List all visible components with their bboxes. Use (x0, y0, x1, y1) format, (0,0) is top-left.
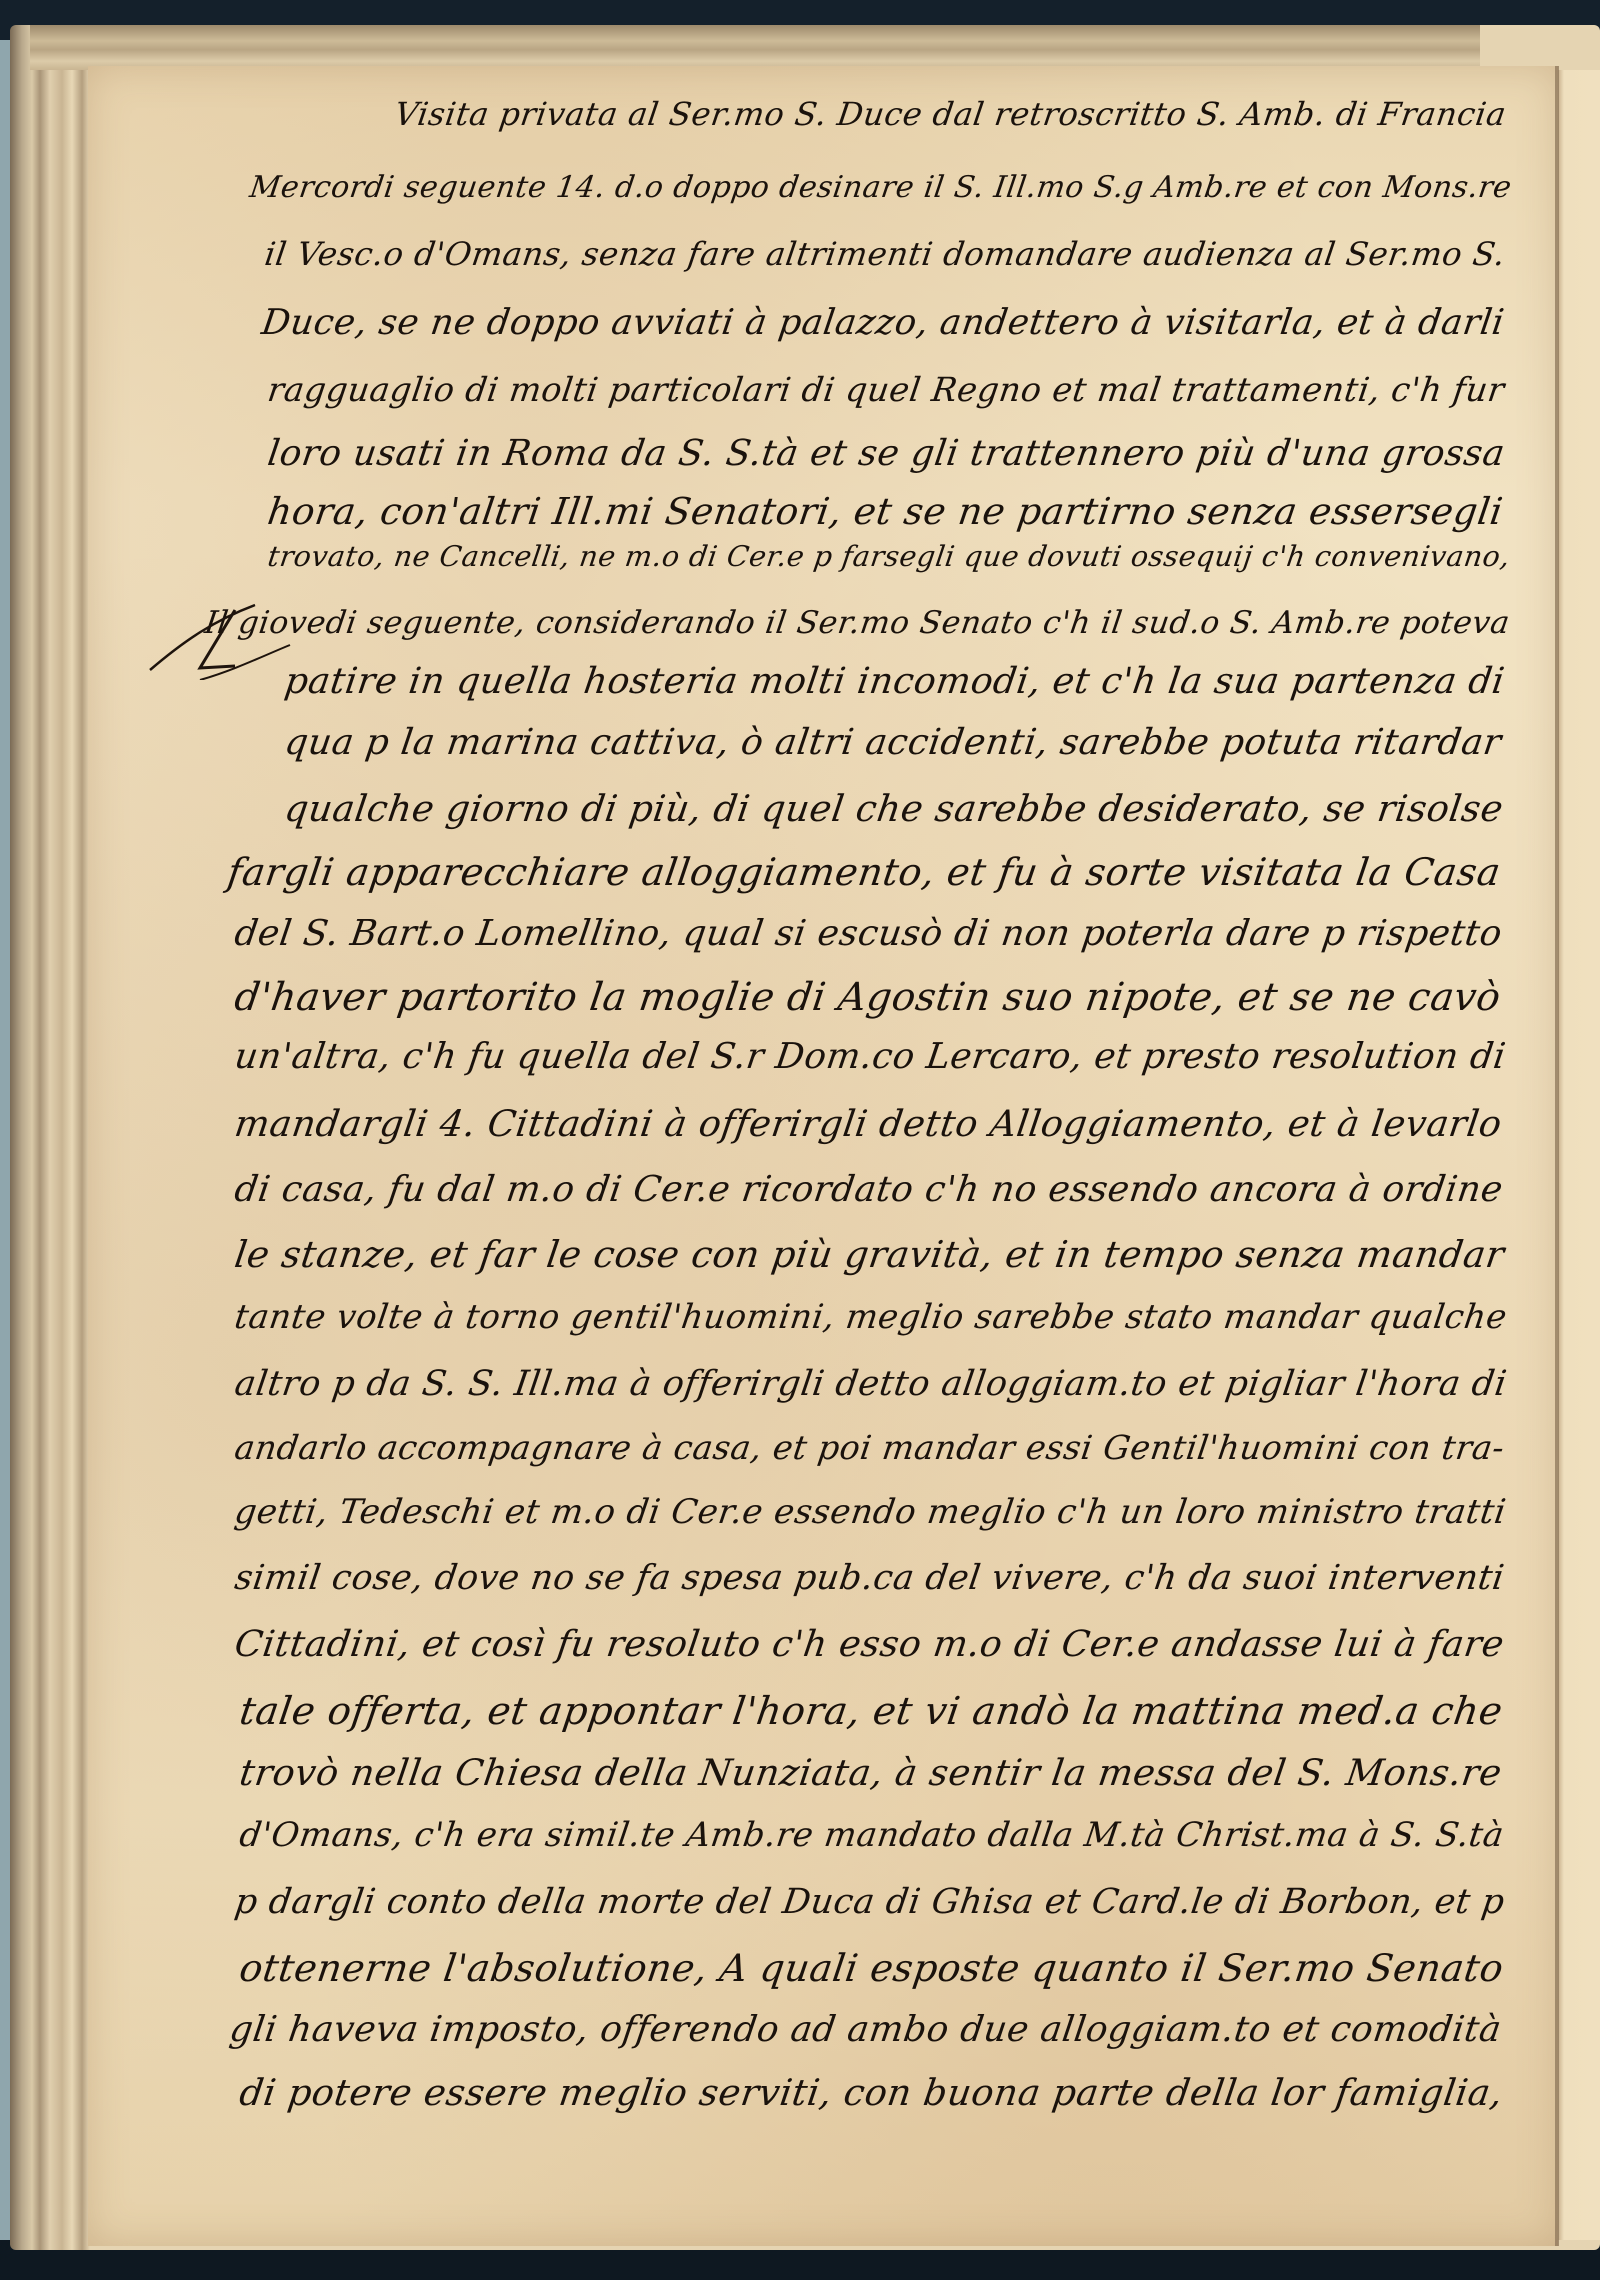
text-line: un'altra, c'h fu quella del S.r Dom.co L… (232, 1036, 1508, 1077)
text-line: Duce, se ne doppo avviati à palazzo, and… (259, 302, 1507, 343)
text-line: gli haveva imposto, offerendo ad ambo du… (227, 2009, 1504, 2050)
text-line: d'haver partorito la moglie di Agostin s… (232, 975, 1504, 1020)
text-line: ragguaglio di molti particolari di quel … (265, 370, 1507, 409)
text-line: Mercordi seguente 14. d.o doppo desinare… (248, 170, 1514, 205)
text-line: Il giovedi seguente, considerando il Ser… (202, 605, 1512, 641)
text-line: tante volte à torno gentil'huomini, megl… (232, 1297, 1509, 1336)
text-line: patire in quella hosteria molti incomodi… (282, 660, 1507, 702)
text-line: getti, Tedeschi et m.o di Cer.e essendo … (232, 1492, 1508, 1531)
text-line: il Vesc.o d'Omans, senza fare altrimenti… (262, 235, 1507, 273)
text-line: Cittadini, et così fu resoluto c'h esso … (232, 1623, 1507, 1665)
text-line: di casa, fu dal m.o di Cer.e ricordato c… (232, 1169, 1506, 1210)
text-line: simil cose, dove no se fa spesa pub.ca d… (232, 1558, 1507, 1598)
page-title: Visita privata al Ser.mo S. Duce dal ret… (392, 95, 1508, 133)
text-line: d'Omans, c'h era simil.te Amb.re mandato… (237, 1815, 1506, 1854)
text-line: loro usati in Roma da S. S.tà et se gli … (265, 433, 1507, 474)
facing-page-edge (1558, 70, 1600, 2240)
text-line: altro p da S. S. Ill.ma à offerirgli det… (232, 1364, 1509, 1404)
text-line: le stanze, et far le cose con più gravit… (232, 1233, 1507, 1276)
text-line: tale offerta, et appontar l'hora, et vi … (237, 1689, 1506, 1734)
text-line: hora, con'altri Ill.mi Senatori, et se n… (265, 490, 1506, 533)
text-line: qua p la marina cattiva, ò altri acciden… (282, 722, 1504, 763)
page-stack-top-edge (30, 25, 1480, 70)
text-line: fargli apparecchiare alloggiamento, et f… (225, 850, 1504, 894)
text-line: trovato, ne Cancelli, ne m.o di Cer.e p … (266, 540, 1513, 573)
text-line: p dargli conto della morte del Duca di G… (232, 1882, 1507, 1922)
text-line: del S. Bart.o Lomellino, qual si escusò … (232, 913, 1505, 954)
text-line: qualche giorno di più, di quel che sareb… (282, 787, 1506, 830)
decorative-initial-flourish-icon (145, 600, 295, 680)
text-line: di potere essere meglio serviti, con buo… (237, 2071, 1506, 2114)
text-line: ottenerne l'absolutione, A quali esposte… (237, 1946, 1506, 1990)
text-line: trovò nella Chiesa della Nunziata, à sen… (237, 1751, 1505, 1794)
binding-gutter (1555, 66, 1559, 2246)
text-line: mandargli 4. Cittadini à offerirgli dett… (232, 1102, 1505, 1145)
text-line: andarlo accompagnare à casa, et poi mand… (232, 1428, 1507, 1467)
